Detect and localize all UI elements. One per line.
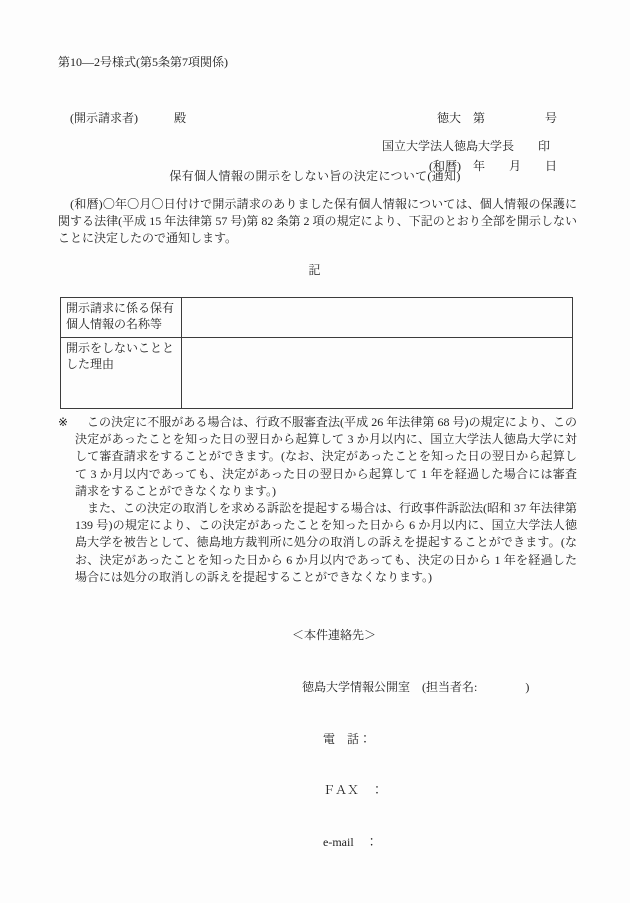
table-row: 開示をしないこととした理由 (61, 338, 573, 409)
document-number-line: 徳大 第 号 (429, 110, 557, 126)
contact-office-line: 徳島大学情報公開室 (担当者名: ) (302, 679, 529, 696)
table-cell-reason-value (182, 338, 573, 409)
note-paragraph-appeal: この決定に不服がある場合は、行政不服審査法(平成 26 年法律第 68 号)の規… (75, 414, 577, 500)
contact-fax-label: ＦＡＸ ： (323, 782, 529, 799)
record-mark: 記 (0, 262, 630, 278)
disclosure-table: 開示請求に係る保有個人情報の名称等 開示をしないこととした理由 (60, 297, 573, 409)
contact-header: ＜本件連絡先＞ (292, 627, 529, 644)
addressee-line: (開示請求者) 殿 (70, 110, 186, 126)
notification-body: (和暦)〇年〇月〇日付けで開示請求のありました保有個人情報については、個人情報の… (58, 196, 577, 246)
contact-email-label: e-mail ： (323, 834, 529, 851)
table-row: 開示請求に係る保有個人情報の名称等 (61, 298, 573, 338)
contact-block: ＜本件連絡先＞ 徳島大学情報公開室 (担当者名: ) 電 話： ＦＡＸ ： e-… (0, 593, 529, 885)
note-paragraph-lawsuit: また、この決定の取消しを求める訴訟を提起する場合は、行政事件訴訟法(昭和 37 … (75, 500, 577, 586)
table-row-label-name: 開示請求に係る保有個人情報の名称等 (61, 298, 182, 338)
document-title: 保有個人情報の開示をしない旨の決定について(通知) (0, 168, 630, 184)
form-number: 第10―2号様式(第5条第7項関係) (58, 54, 228, 70)
table-row-label-reason: 開示をしないこととした理由 (61, 338, 182, 409)
notes-block: ※ この決定に不服がある場合は、行政不服審査法(平成 26 年法律第 68 号)… (58, 414, 577, 586)
table-cell-name-value (182, 298, 573, 338)
document-page: 第10―2号様式(第5条第7項関係) 徳大 第 号 (和暦) 年 月 日 (開示… (0, 0, 630, 903)
contact-tel-label: 電 話： (323, 731, 529, 748)
issuer-line: 国立大学法人徳島大学長 印 (382, 138, 550, 154)
note-asterisk-mark: ※ (58, 414, 68, 431)
